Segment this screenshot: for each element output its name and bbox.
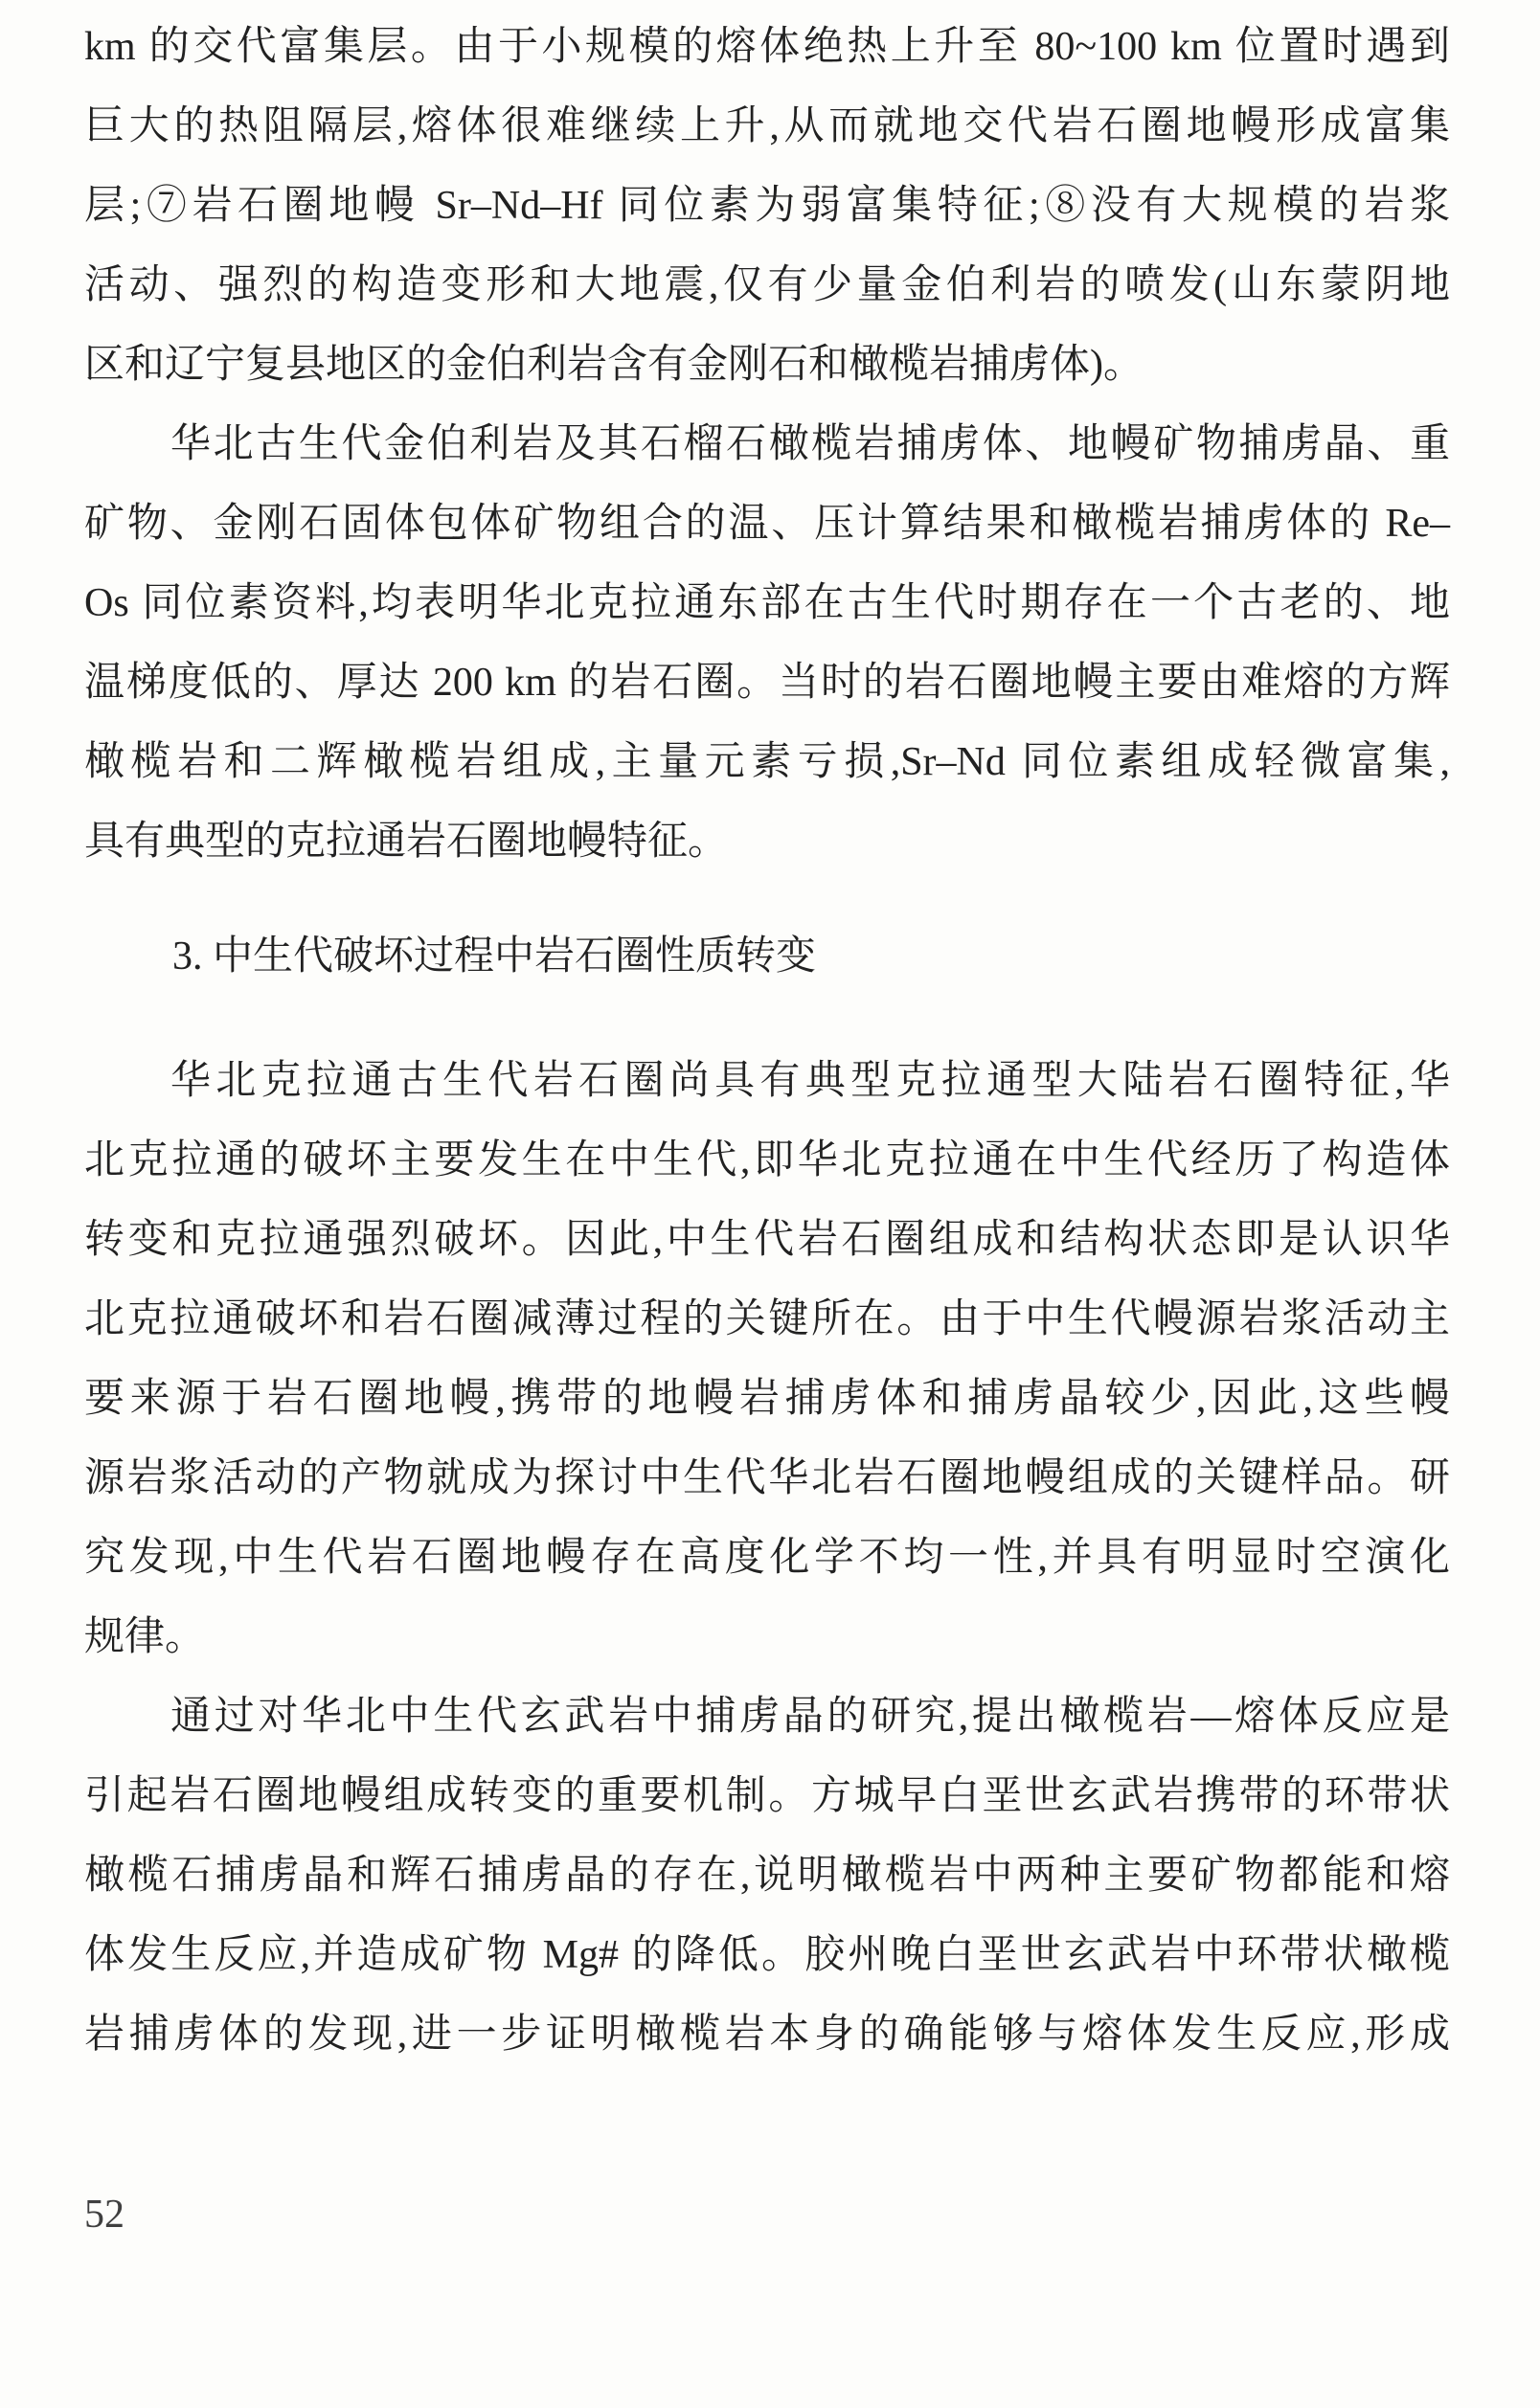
paragraph: 华北克拉通古生代岩石圈尚具有典型克拉通型大陆岩石圈特征,华北克拉通的破坏主要发生… [84, 1042, 1450, 1677]
paragraph: km 的交代富集层。由于小规模的熔体绝热上升至 80~100 km 位置时遇到巨… [84, 8, 1450, 405]
text-line: 转变和克拉通强烈破坏。因此,中生代岩石圈组成和结构状态即是认识华 [84, 1201, 1450, 1280]
page-number: 52 [84, 2193, 125, 2237]
text-line: 源岩浆活动的产物就成为探讨中生代华北岩石圈地幔组成的关键样品。研 [84, 1439, 1450, 1519]
text-line: 究发现,中生代岩石圈地幔存在高度化学不均一性,并具有明显时空演化 [84, 1519, 1450, 1598]
text-line: 橄榄石捕虏晶和辉石捕虏晶的存在,说明橄榄岩中两种主要矿物都能和熔 [84, 1836, 1450, 1916]
text-line: 引起岩石圈地幔组成转变的重要机制。方城早白垩世玄武岩携带的环带状 [84, 1757, 1450, 1836]
text-line: 北克拉通破坏和岩石圈减薄过程的关键所在。由于中生代幔源岩浆活动主 [84, 1280, 1450, 1360]
text-line: 北克拉通的破坏主要发生在中生代,即华北克拉通在中生代经历了构造体 [84, 1121, 1450, 1201]
text-line: 通过对华北中生代玄武岩中捕虏晶的研究,提出橄榄岩—熔体反应是 [84, 1677, 1450, 1757]
text-line: 橄榄岩和二辉橄榄岩组成,主量元素亏损,Sr–Nd 同位素组成轻微富集, [84, 723, 1450, 802]
text-line: 岩捕虏体的发现,进一步证明橄榄岩本身的确能够与熔体发生反应,形成 [84, 1995, 1450, 2075]
text-line: 要来源于岩石圈地幔,携带的地幔岩捕虏体和捕虏晶较少,因此,这些幔 [84, 1360, 1450, 1439]
text-line: 华北克拉通古生代岩石圈尚具有典型克拉通型大陆岩石圈特征,华 [84, 1042, 1450, 1121]
text-line: 区和辽宁复县地区的金伯利岩含有金刚石和橄榄岩捕虏体)。 [84, 326, 1450, 405]
page-body: km 的交代富集层。由于小规模的熔体绝热上升至 80~100 km 位置时遇到巨… [84, 8, 1450, 2075]
text-line: 矿物、金刚石固体包体矿物组合的温、压计算结果和橄榄岩捕虏体的 Re– [84, 484, 1450, 564]
text-line: 规律。 [84, 1598, 1450, 1677]
text-line: 具有典型的克拉通岩石圈地幔特征。 [84, 802, 1450, 882]
text-line: 巨大的热阻隔层,熔体很难继续上升,从而就地交代岩石圈地幔形成富集 [84, 87, 1450, 167]
section-heading: 3. 中生代破坏过程中岩石圈性质转变 [84, 917, 1450, 997]
paragraph: 通过对华北中生代玄武岩中捕虏晶的研究,提出橄榄岩—熔体反应是引起岩石圈地幔组成转… [84, 1677, 1450, 2075]
text-line: Os 同位素资料,均表明华北克拉通东部在古生代时期存在一个古老的、地 [84, 564, 1450, 643]
text-line: 体发生反应,并造成矿物 Mg# 的降低。胶州晚白垩世玄武岩中环带状橄榄 [84, 1916, 1450, 1995]
text-line: km 的交代富集层。由于小规模的熔体绝热上升至 80~100 km 位置时遇到 [84, 8, 1450, 87]
paragraph: 华北古生代金伯利岩及其石榴石橄榄岩捕虏体、地幔矿物捕虏晶、重矿物、金刚石固体包体… [84, 405, 1450, 882]
text-line: 华北古生代金伯利岩及其石榴石橄榄岩捕虏体、地幔矿物捕虏晶、重 [84, 405, 1450, 484]
text-line: 温梯度低的、厚达 200 km 的岩石圈。当时的岩石圈地幔主要由难熔的方辉 [84, 643, 1450, 723]
document-page: km 的交代富集层。由于小规模的熔体绝热上升至 80~100 km 位置时遇到巨… [0, 0, 1540, 2408]
text-line: 活动、强烈的构造变形和大地震,仅有少量金伯利岩的喷发(山东蒙阴地 [84, 246, 1450, 326]
text-line: 层;⑦岩石圈地幔 Sr–Nd–Hf 同位素为弱富集特征;⑧没有大规模的岩浆 [84, 167, 1450, 246]
